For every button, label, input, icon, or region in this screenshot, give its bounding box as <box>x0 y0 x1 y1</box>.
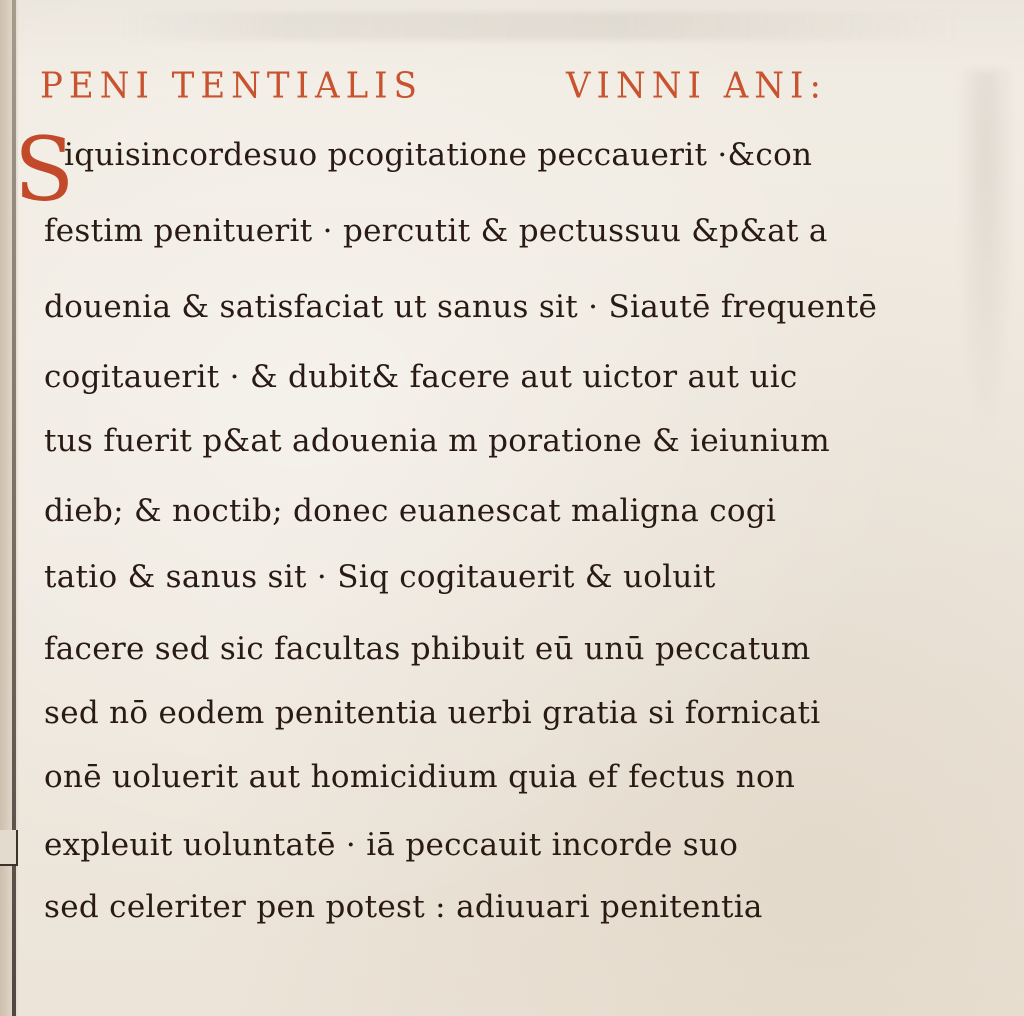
line-text: cogitauerit · & dubit& facere aut uictor… <box>44 350 798 404</box>
text-line: festim penituerit · percutit & pectussuu… <box>44 204 828 258</box>
text-line: facere sed sic facultas phibuit eū unū p… <box>44 622 811 676</box>
line-text: sed celeriter pen potest : adiuuari peni… <box>44 880 763 934</box>
bleed-through-text <box>120 12 960 40</box>
line-text: onē uoluerit aut homicidium quia ef fect… <box>44 750 795 804</box>
line-text: douenia & satisfaciat ut sanus sit · Sia… <box>44 280 877 334</box>
manuscript-page: PENI TENTIALIS VINNI ANI: S iquisincorde… <box>0 0 1024 1016</box>
text-line: tatio & sanus sit · Siq cogitauerit & uo… <box>44 550 716 604</box>
rubric-title-right: VINNI ANI: <box>566 61 827 111</box>
bleed-through-stain <box>956 70 1016 450</box>
text-line: expleuit uoluntatē · iā peccauit incorde… <box>44 818 738 872</box>
text-line: sed nō eodem penitentia uerbi gratia si … <box>44 686 820 740</box>
line-text: sed nō eodem penitentia uerbi gratia si … <box>44 686 820 740</box>
text-line: dieb; & noctib; donec euanescat maligna … <box>44 484 776 538</box>
page-tab-edge <box>0 830 18 866</box>
line-text: festim penituerit · percutit & pectussuu… <box>44 204 828 258</box>
line-text: facere sed sic facultas phibuit eū unū p… <box>44 622 811 676</box>
text-line: iquisincordesuo pcogitatione peccauerit … <box>64 128 812 182</box>
line-text: iquisincordesuo pcogitatione peccauerit … <box>64 128 812 182</box>
line-text: tatio & sanus sit · Siq cogitauerit & uo… <box>44 550 716 604</box>
line-text: dieb; & noctib; donec euanescat maligna … <box>44 484 776 538</box>
text-line: onē uoluerit aut homicidium quia ef fect… <box>44 750 795 804</box>
rubric-title-left: PENI TENTIALIS <box>40 61 423 111</box>
text-line: cogitauerit · & dubit& facere aut uictor… <box>44 350 798 404</box>
text-line: douenia & satisfaciat ut sanus sit · Sia… <box>44 280 877 334</box>
text-line: tus fuerit p&at adouenia m poratione & i… <box>44 414 830 468</box>
line-text: expleuit uoluntatē · iā peccauit incorde… <box>44 818 738 872</box>
text-line: sed celeriter pen potest : adiuuari peni… <box>44 880 763 934</box>
line-text: tus fuerit p&at adouenia m poratione & i… <box>44 414 830 468</box>
